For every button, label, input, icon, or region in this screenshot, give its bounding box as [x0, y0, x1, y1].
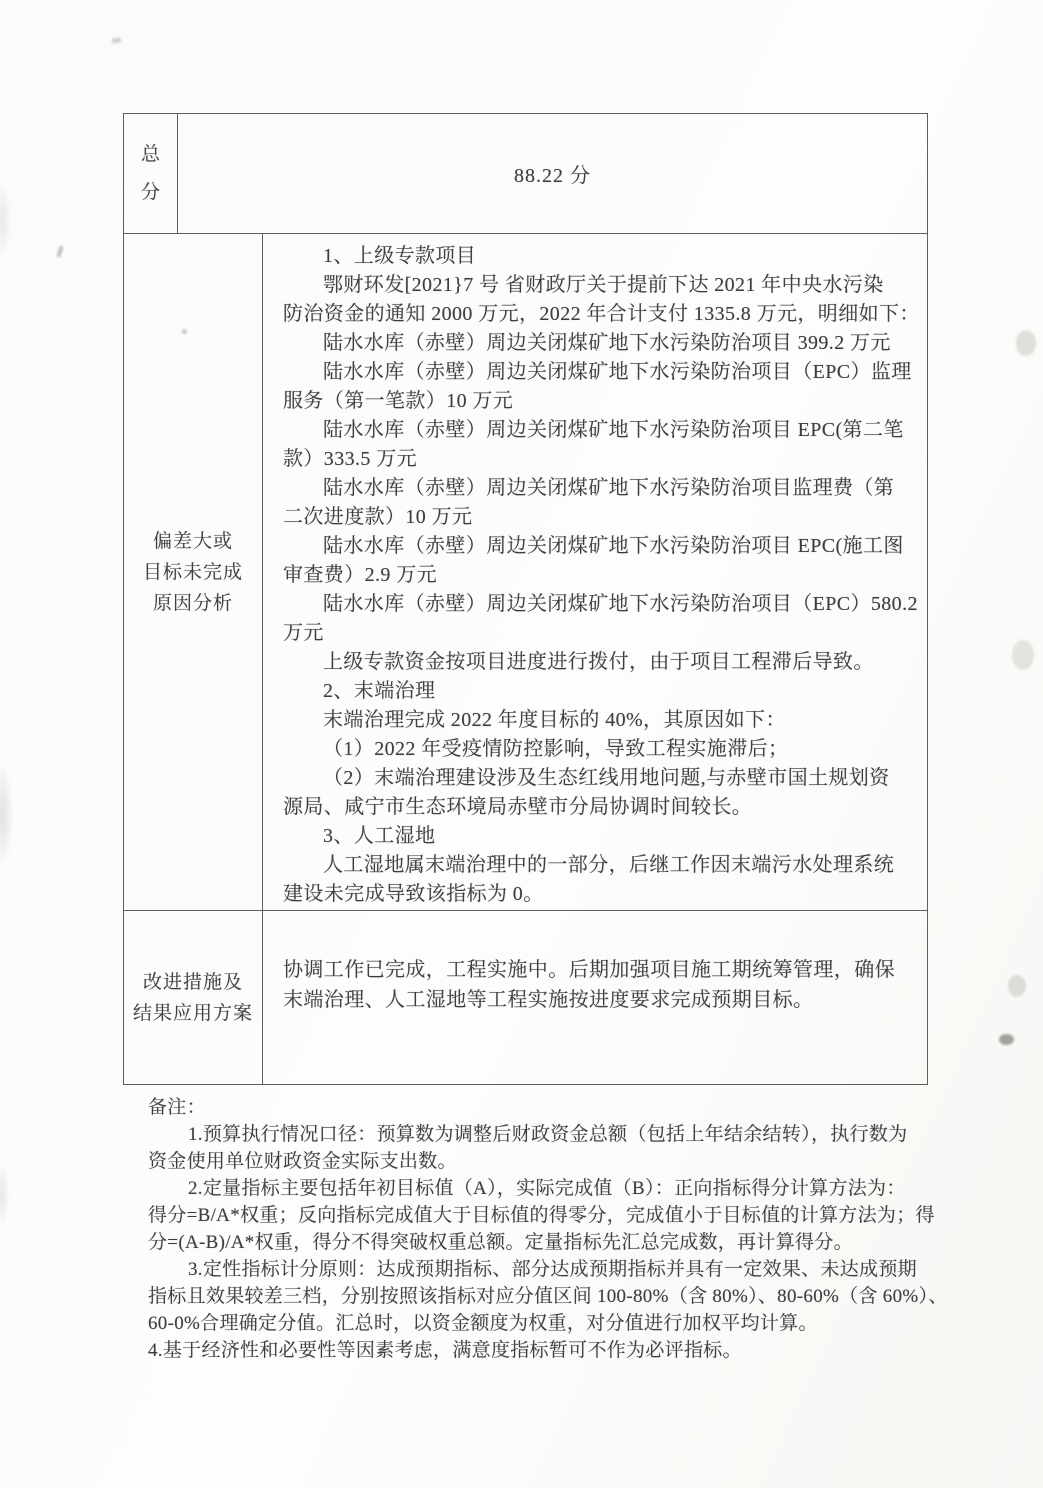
text-line: 源局、咸宁市生态环境局赤壁市分局协调时间较长。 [283, 793, 921, 822]
total-score-value-cell: 88.22 分 [178, 114, 927, 233]
text-line: 鄂财环发[2021}7 号 省财政厅关于提前下达 2021 年中央水污染 [283, 271, 921, 300]
analysis-header-cell: 偏差大或 目标未完成 原因分析 [124, 234, 263, 910]
note-line: 分=(A-B)/A*权重，得分不得突破权重总额。定量指标先汇总完成数，再计算得分… [148, 1229, 938, 1256]
note-line: 3.定性指标计分原则：达成预期指标、部分达成预期指标并具有一定效果、未达成预期 [148, 1256, 938, 1283]
analysis-content-cell: 1、上级专款项目 鄂财环发[2021}7 号 省财政厅关于提前下达 2021 年… [263, 234, 927, 910]
scan-smudge [1016, 330, 1036, 356]
performance-evaluation-table: 总 分 88.22 分 偏差大或 目标未完成 原因分析 1、上级专款项目 鄂财环… [123, 113, 928, 1085]
analysis-header-line: 偏差大或 [153, 526, 233, 557]
scan-smudge [0, 1160, 10, 1230]
text-line: 陆水水库（赤壁）周边关闭煤矿地下水污染防治项目 EPC(施工图 [283, 532, 921, 561]
note-line: 60-0%合理确定分值。汇总时，以资金额度为权重，对分值进行加权平均计算。 [148, 1310, 938, 1337]
scan-smudge [999, 1034, 1014, 1045]
text-line: 人工湿地属末端治理中的一部分，后继工作因末端污水处理系统 [283, 851, 921, 880]
note-line: 资金使用单位财政资金实际支出数。 [148, 1148, 938, 1175]
text-line: 万元 [283, 619, 921, 648]
text-line: 陆水水库（赤壁）周边关闭煤矿地下水污染防治项目监理费（第 [283, 474, 921, 503]
improvement-header-cell: 改进措施及 结果应用方案 [124, 911, 263, 1084]
text-line: 3、人工湿地 [283, 822, 921, 851]
total-score-label-char: 总 [141, 145, 160, 164]
analysis-header-line: 原因分析 [153, 588, 233, 619]
note-line: 2.定量指标主要包括年初目标值（A），实际完成值（B）：正向指标得分计算方法为： [148, 1175, 938, 1202]
text-line: 陆水水库（赤壁）周边关闭煤矿地下水污染防治项目（EPC）监理 [283, 358, 921, 387]
table-row-deviation-analysis: 偏差大或 目标未完成 原因分析 1、上级专款项目 鄂财环发[2021}7 号 省… [124, 233, 927, 910]
text-line: 防治资金的通知 2000 万元，2022 年合计支付 1335.8 万元，明细如… [283, 300, 921, 329]
text-line: （2）末端治理建设涉及生态红线用地问题,与赤壁市国土规划资 [283, 764, 921, 793]
text-line: 审查费）2.9 万元 [283, 561, 921, 590]
text-line: 陆水水库（赤壁）周边关闭煤矿地下水污染防治项目 399.2 万元 [283, 329, 921, 358]
improvement-header-line: 改进措施及 [143, 967, 243, 998]
analysis-header-line: 目标未完成 [143, 557, 243, 588]
scan-smudge [1012, 640, 1034, 670]
table-row-total-score: 总 分 88.22 分 [124, 114, 927, 233]
note-line: 得分=B/A*权重；反向指标完成值大于目标值的得零分，完成值小于目标值的计算方法… [148, 1202, 938, 1229]
scan-smudge [112, 37, 122, 43]
notes-title: 备注： [148, 1094, 938, 1121]
text-line: 陆水水库（赤壁）周边关闭煤矿地下水污染防治项目 EPC(第二笔 [283, 416, 921, 445]
total-score-value: 88.22 分 [514, 159, 591, 188]
scan-smudge [0, 180, 12, 260]
note-line: 指标且效果较差三档，分别按照该指标对应分值区间 100-80%（含 80%）、8… [148, 1283, 938, 1310]
note-line: 1.预算执行情况口径：预算数为调整后财政资金总额（包括上年结余结转），执行数为 [148, 1121, 938, 1148]
scanned-document-page: 总 分 88.22 分 偏差大或 目标未完成 原因分析 1、上级专款项目 鄂财环… [0, 0, 1043, 1488]
text-line: 1、上级专款项目 [283, 242, 921, 271]
text-line: 服务（第一笔款）10 万元 [283, 387, 921, 416]
improvement-content-cell: 协调工作已完成，工程实施中。后期加强项目施工期统筹管理，确保 末端治理、人工湿地… [263, 911, 927, 1084]
table-row-improvement: 改进措施及 结果应用方案 协调工作已完成，工程实施中。后期加强项目施工期统筹管理… [124, 910, 927, 1084]
text-line: 建设未完成导致该指标为 0。 [283, 880, 921, 909]
text-line: 末端治理完成 2022 年度目标的 40%，其原因如下： [283, 706, 921, 735]
text-line: 上级专款资金按项目进度进行拨付，由于项目工程滞后导致。 [283, 648, 921, 677]
text-line: 末端治理、人工湿地等工程实施按进度要求完成预期目标。 [283, 985, 917, 1015]
text-line: 二次进度款）10 万元 [283, 503, 921, 532]
scan-smudge [1008, 975, 1026, 997]
text-line: 陆水水库（赤壁）周边关闭煤矿地下水污染防治项目（EPC）580.2 [283, 590, 921, 619]
total-score-label-char: 分 [141, 183, 160, 202]
improvement-header-line: 结果应用方案 [133, 998, 253, 1029]
scan-smudge [56, 246, 63, 258]
text-line: 2、末端治理 [283, 677, 921, 706]
scan-smudge [0, 760, 14, 870]
text-line: 协调工作已完成，工程实施中。后期加强项目施工期统筹管理，确保 [283, 955, 917, 985]
text-line: （1）2022 年受疫情防控影响，导致工程实施滞后； [283, 735, 921, 764]
total-score-header-cell: 总 分 [124, 114, 178, 233]
notes-section: 备注： 1.预算执行情况口径：预算数为调整后财政资金总额（包括上年结余结转），执… [148, 1094, 938, 1364]
text-line: 款）333.5 万元 [283, 445, 921, 474]
note-line: 4.基于经济性和必要性等因素考虑，满意度指标暂可不作为必评指标。 [148, 1337, 938, 1364]
